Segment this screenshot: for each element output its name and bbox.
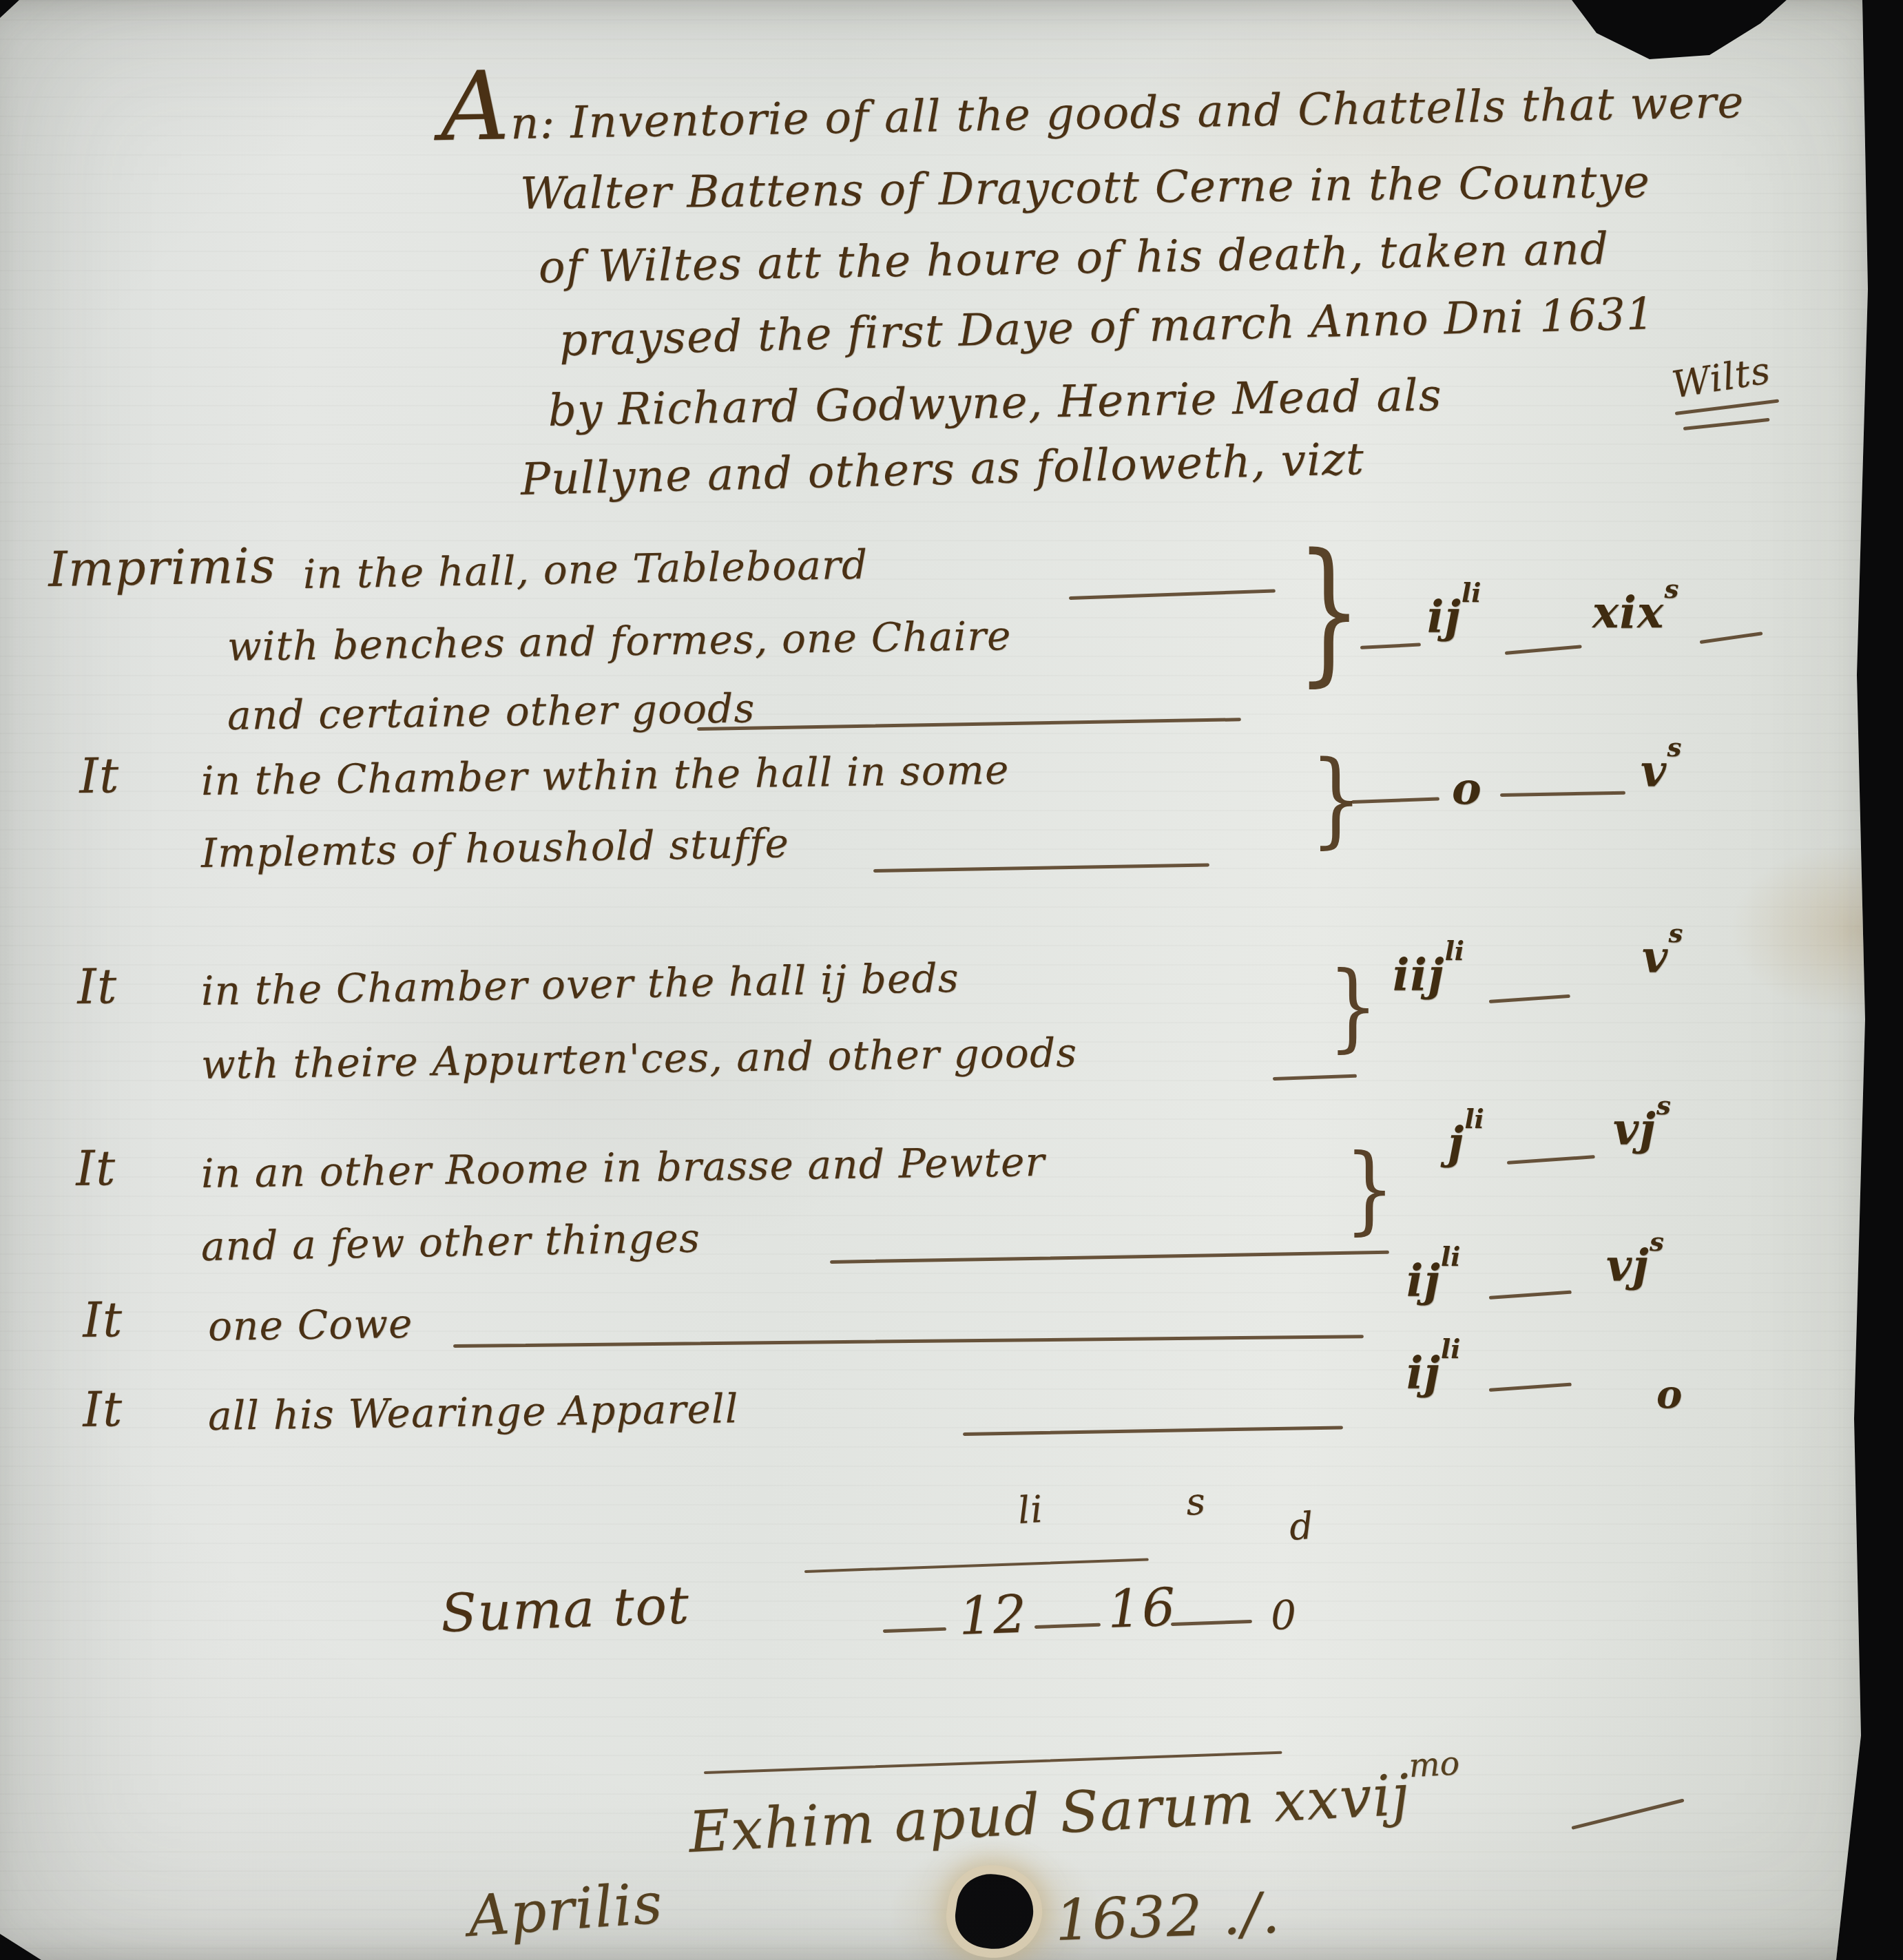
dash-leader: [963, 1426, 1343, 1436]
numeral: v: [1641, 745, 1667, 797]
item-1-price-shillings: xixs: [1592, 587, 1678, 638]
margin-note-wilts: Wilts: [1669, 348, 1774, 407]
numeral: vj: [1606, 1240, 1650, 1291]
item-5-price-pounds: ijli: [1406, 1255, 1460, 1306]
unit: s: [1664, 574, 1678, 604]
item-2-price-shillings: vs: [1641, 745, 1681, 797]
numeral: iij: [1393, 949, 1445, 1001]
dash-leader: [1034, 1623, 1101, 1629]
header-line-5: by Richard Godwyne, Henrie Mead als: [548, 370, 1442, 437]
header-line-2: Walter Battens of Draycott Cerne in the …: [520, 157, 1651, 220]
item-4-line-1: in an other Roome in brasse and Pewter: [201, 1138, 1046, 1197]
header-line-1: An: Inventorie of all the goods and Chat…: [440, 59, 1745, 151]
numeral: vj: [1613, 1103, 1656, 1155]
scan-background: { "colors": { "background": "#0a0a0b", "…: [0, 0, 1903, 1960]
item-6-price-pounds: ijli: [1406, 1347, 1460, 1399]
item-5-line-1: one Cowe: [208, 1300, 414, 1350]
summa-pounds: 12: [957, 1583, 1028, 1647]
endorsement-year: 1632 ./.: [1054, 1881, 1282, 1954]
summa-label: Suma tot: [439, 1574, 690, 1644]
dash-leader: [1360, 643, 1421, 649]
item-3-line-1: in the Chamber over the hall ij beds: [200, 955, 959, 1014]
unit: s: [1668, 918, 1683, 948]
dash-leader: [1489, 1291, 1572, 1300]
item-5-price-shillings: vjs: [1606, 1240, 1664, 1291]
separator-rule: [704, 1751, 1282, 1774]
item-3-line-2: wth theire Appurten'ces, and other goods: [201, 1029, 1078, 1088]
unit: li: [1441, 1242, 1460, 1272]
item-3-lead: It: [76, 958, 118, 1015]
curly-brace: [1328, 952, 1378, 1063]
ink-stroke: [804, 1558, 1149, 1573]
summa-col-shillings: s: [1185, 1479, 1207, 1524]
item-2-lead: It: [79, 747, 120, 804]
dash-leader: [1500, 791, 1625, 797]
curly-brace: [1296, 521, 1362, 701]
dash-leader: [830, 1251, 1389, 1264]
unit: li: [1441, 1334, 1460, 1364]
ink-stroke: [1683, 418, 1770, 430]
numeral: j: [1448, 1117, 1464, 1169]
header-line-3: of Wiltes att the houre of his death, ta…: [538, 224, 1610, 293]
item-4-price-pounds: jli: [1448, 1117, 1484, 1169]
dash-leader: [1507, 1155, 1595, 1165]
dash-leader: [873, 863, 1209, 873]
item-1-price-pounds: ijli: [1427, 591, 1481, 643]
item-4-lead: It: [75, 1140, 116, 1197]
dash-leader: [1489, 1383, 1572, 1392]
item-3-price-pounds: iijli: [1393, 949, 1464, 1001]
numeral: ij: [1406, 1255, 1441, 1306]
endorsement-line-1: Exhim apud Sarum xxvijmo: [687, 1760, 1463, 1866]
dash-leader: [1700, 632, 1763, 644]
item-6-lead: It: [82, 1381, 123, 1438]
numeral: o: [1452, 763, 1482, 815]
item-1-line-1: in the hall, one Tableboard: [302, 541, 868, 598]
numeral: xix: [1592, 587, 1664, 638]
summa-shillings: 16: [1106, 1576, 1177, 1640]
dash-leader: [1505, 645, 1582, 655]
item-2-price-pounds: o: [1452, 763, 1482, 815]
summa-col-pence: d: [1288, 1504, 1316, 1549]
dash-leader: [453, 1335, 1364, 1348]
numeral: v: [1642, 931, 1668, 983]
unit: s: [1650, 1227, 1664, 1257]
unit: li: [1464, 1104, 1484, 1134]
header-line-6: Pullyne and others as followeth, vizt: [520, 434, 1365, 505]
dash-leader: [1351, 797, 1439, 804]
item-3-price-shillings: vs: [1642, 931, 1683, 983]
item-4-line-2: and a few other thinges: [200, 1214, 700, 1270]
header-line-4: praysed the first Daye of march Anno Dni…: [559, 289, 1656, 366]
endorsement-month: Aprilis: [466, 1870, 665, 1950]
dash-leader: [1489, 994, 1570, 1003]
dash-leader: [883, 1627, 946, 1633]
endorsement-text: Exhim apud Sarum xxvij: [687, 1762, 1413, 1866]
summa-pence: 0: [1270, 1592, 1298, 1639]
dash-leader: [1571, 1798, 1684, 1829]
numeral: ij: [1406, 1347, 1441, 1399]
item-5-lead: It: [82, 1291, 123, 1348]
ordinal-sup: mo: [1408, 1744, 1460, 1785]
item-1-lead: Imprimis: [48, 537, 276, 598]
item-6-line-1: all his Wearinge Apparell: [208, 1385, 739, 1439]
unit: li: [1445, 936, 1464, 966]
item-1-line-3: and certaine other goods: [227, 685, 756, 739]
unit: s: [1656, 1090, 1671, 1120]
item-4-price-shillings: vjs: [1613, 1103, 1671, 1155]
dash-leader: [697, 718, 1241, 731]
unit: s: [1667, 732, 1681, 762]
curly-brace: [1344, 1134, 1395, 1245]
item-2-line-2: Implemts of houshold stuffe: [200, 820, 789, 877]
paper-hole: [951, 1870, 1038, 1954]
summa-col-pounds: li: [1017, 1488, 1045, 1532]
item-1-line-2: with benches and formes, one Chaire: [227, 612, 1012, 670]
unit: li: [1462, 578, 1481, 608]
item-2-line-1: in the Chamber wthin the hall in some: [201, 747, 1010, 804]
dash-leader: [1171, 1620, 1252, 1626]
numeral: o: [1656, 1372, 1683, 1417]
manuscript-paper: An: Inventorie of all the goods and Chat…: [0, 0, 1903, 1960]
dash-leader: [1273, 1074, 1357, 1081]
item-6-price-shillings: o: [1656, 1372, 1683, 1417]
dash-leader: [1069, 590, 1276, 600]
numeral: ij: [1427, 591, 1462, 643]
